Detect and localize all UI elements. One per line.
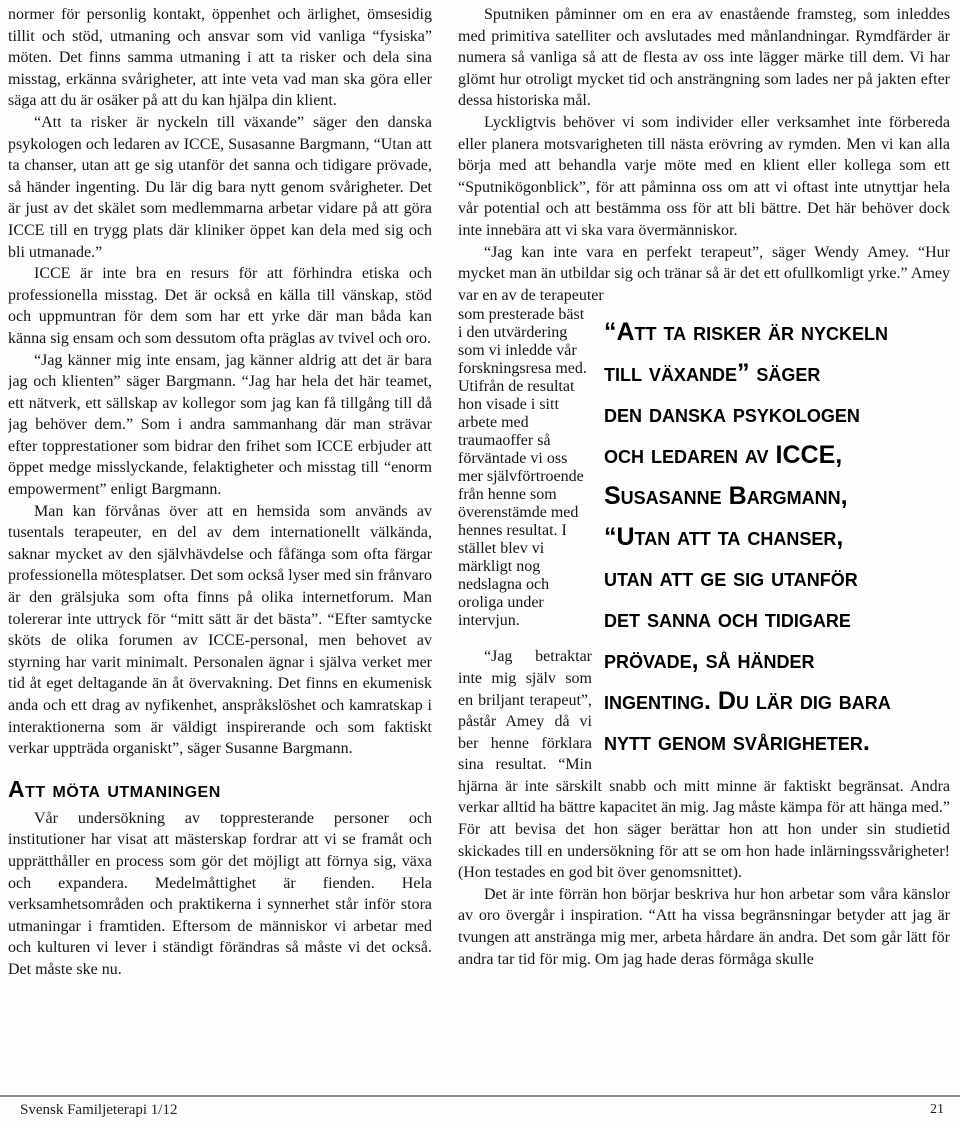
paragraph: normer för personlig kontakt, öppenhet o…: [8, 4, 432, 112]
pull-quote-line: och ledaren av ICCE,: [604, 435, 950, 476]
paragraph: Lyckligtvis behöver vi som individer ell…: [458, 112, 950, 242]
left-column: normer för personlig kontakt, öppenhet o…: [8, 4, 432, 1094]
pull-quote-line: ingenting. Du lär dig bara: [604, 681, 950, 722]
paragraph-text: som presterade bäst i den utvärdering so…: [458, 306, 587, 629]
pull-quote-line: “Utan att ta chanser,: [604, 517, 950, 558]
pull-quote-line: till växande” säger: [604, 353, 950, 394]
pull-quote-line: “Att ta risker är nyckeln: [604, 312, 950, 353]
paragraph: “Att ta risker är nyckeln till växande” …: [8, 112, 432, 263]
paragraph: “Jag känner mig inte ensam, jag känner a…: [8, 350, 432, 501]
paragraph-with-pull-quote: “Jag kan inte vara en perfekt terapeut”,…: [458, 242, 950, 307]
pull-quote-line: det sanna och tidigare: [604, 599, 950, 640]
page-number: 21: [930, 1102, 944, 1118]
pull-quote-line: prövade, så händer: [604, 640, 950, 681]
magazine-page: normer för personlig kontakt, öppenhet o…: [0, 0, 960, 1094]
section-heading: Att möta utmaningen: [8, 776, 432, 803]
paragraph: ICCE är inte bra en resurs för att förhi…: [8, 263, 432, 349]
pull-quote-line: utan att ge sig utanför: [604, 558, 950, 599]
pull-quote-line: den danska psykologen: [604, 394, 950, 435]
paragraph: Det är inte förrän hon börjar beskriva h…: [458, 884, 950, 970]
right-column: Sputniken påminner om en era av enaståen…: [458, 4, 950, 1094]
pull-quote-line: Susasanne Bargmann,: [604, 476, 950, 517]
journal-title: Svensk Familjeterapi 1/12: [20, 1102, 177, 1119]
paragraph: Sputniken påminner om en era av enaståen…: [458, 4, 950, 112]
pull-quote: “Att ta risker är nyckeln till växande” …: [604, 312, 950, 763]
pull-quote-line: nytt genom svårigheter.: [604, 722, 950, 763]
page-footer: Svensk Familjeterapi 1/12 21: [0, 1095, 960, 1128]
paragraph-text: “Jag kan inte vara en perfekt terapeut”,…: [458, 244, 950, 304]
paragraph: Man kan förvånas över att en hemsida som…: [8, 501, 432, 760]
paragraph: Vår undersökning av toppresterande perso…: [8, 808, 432, 981]
